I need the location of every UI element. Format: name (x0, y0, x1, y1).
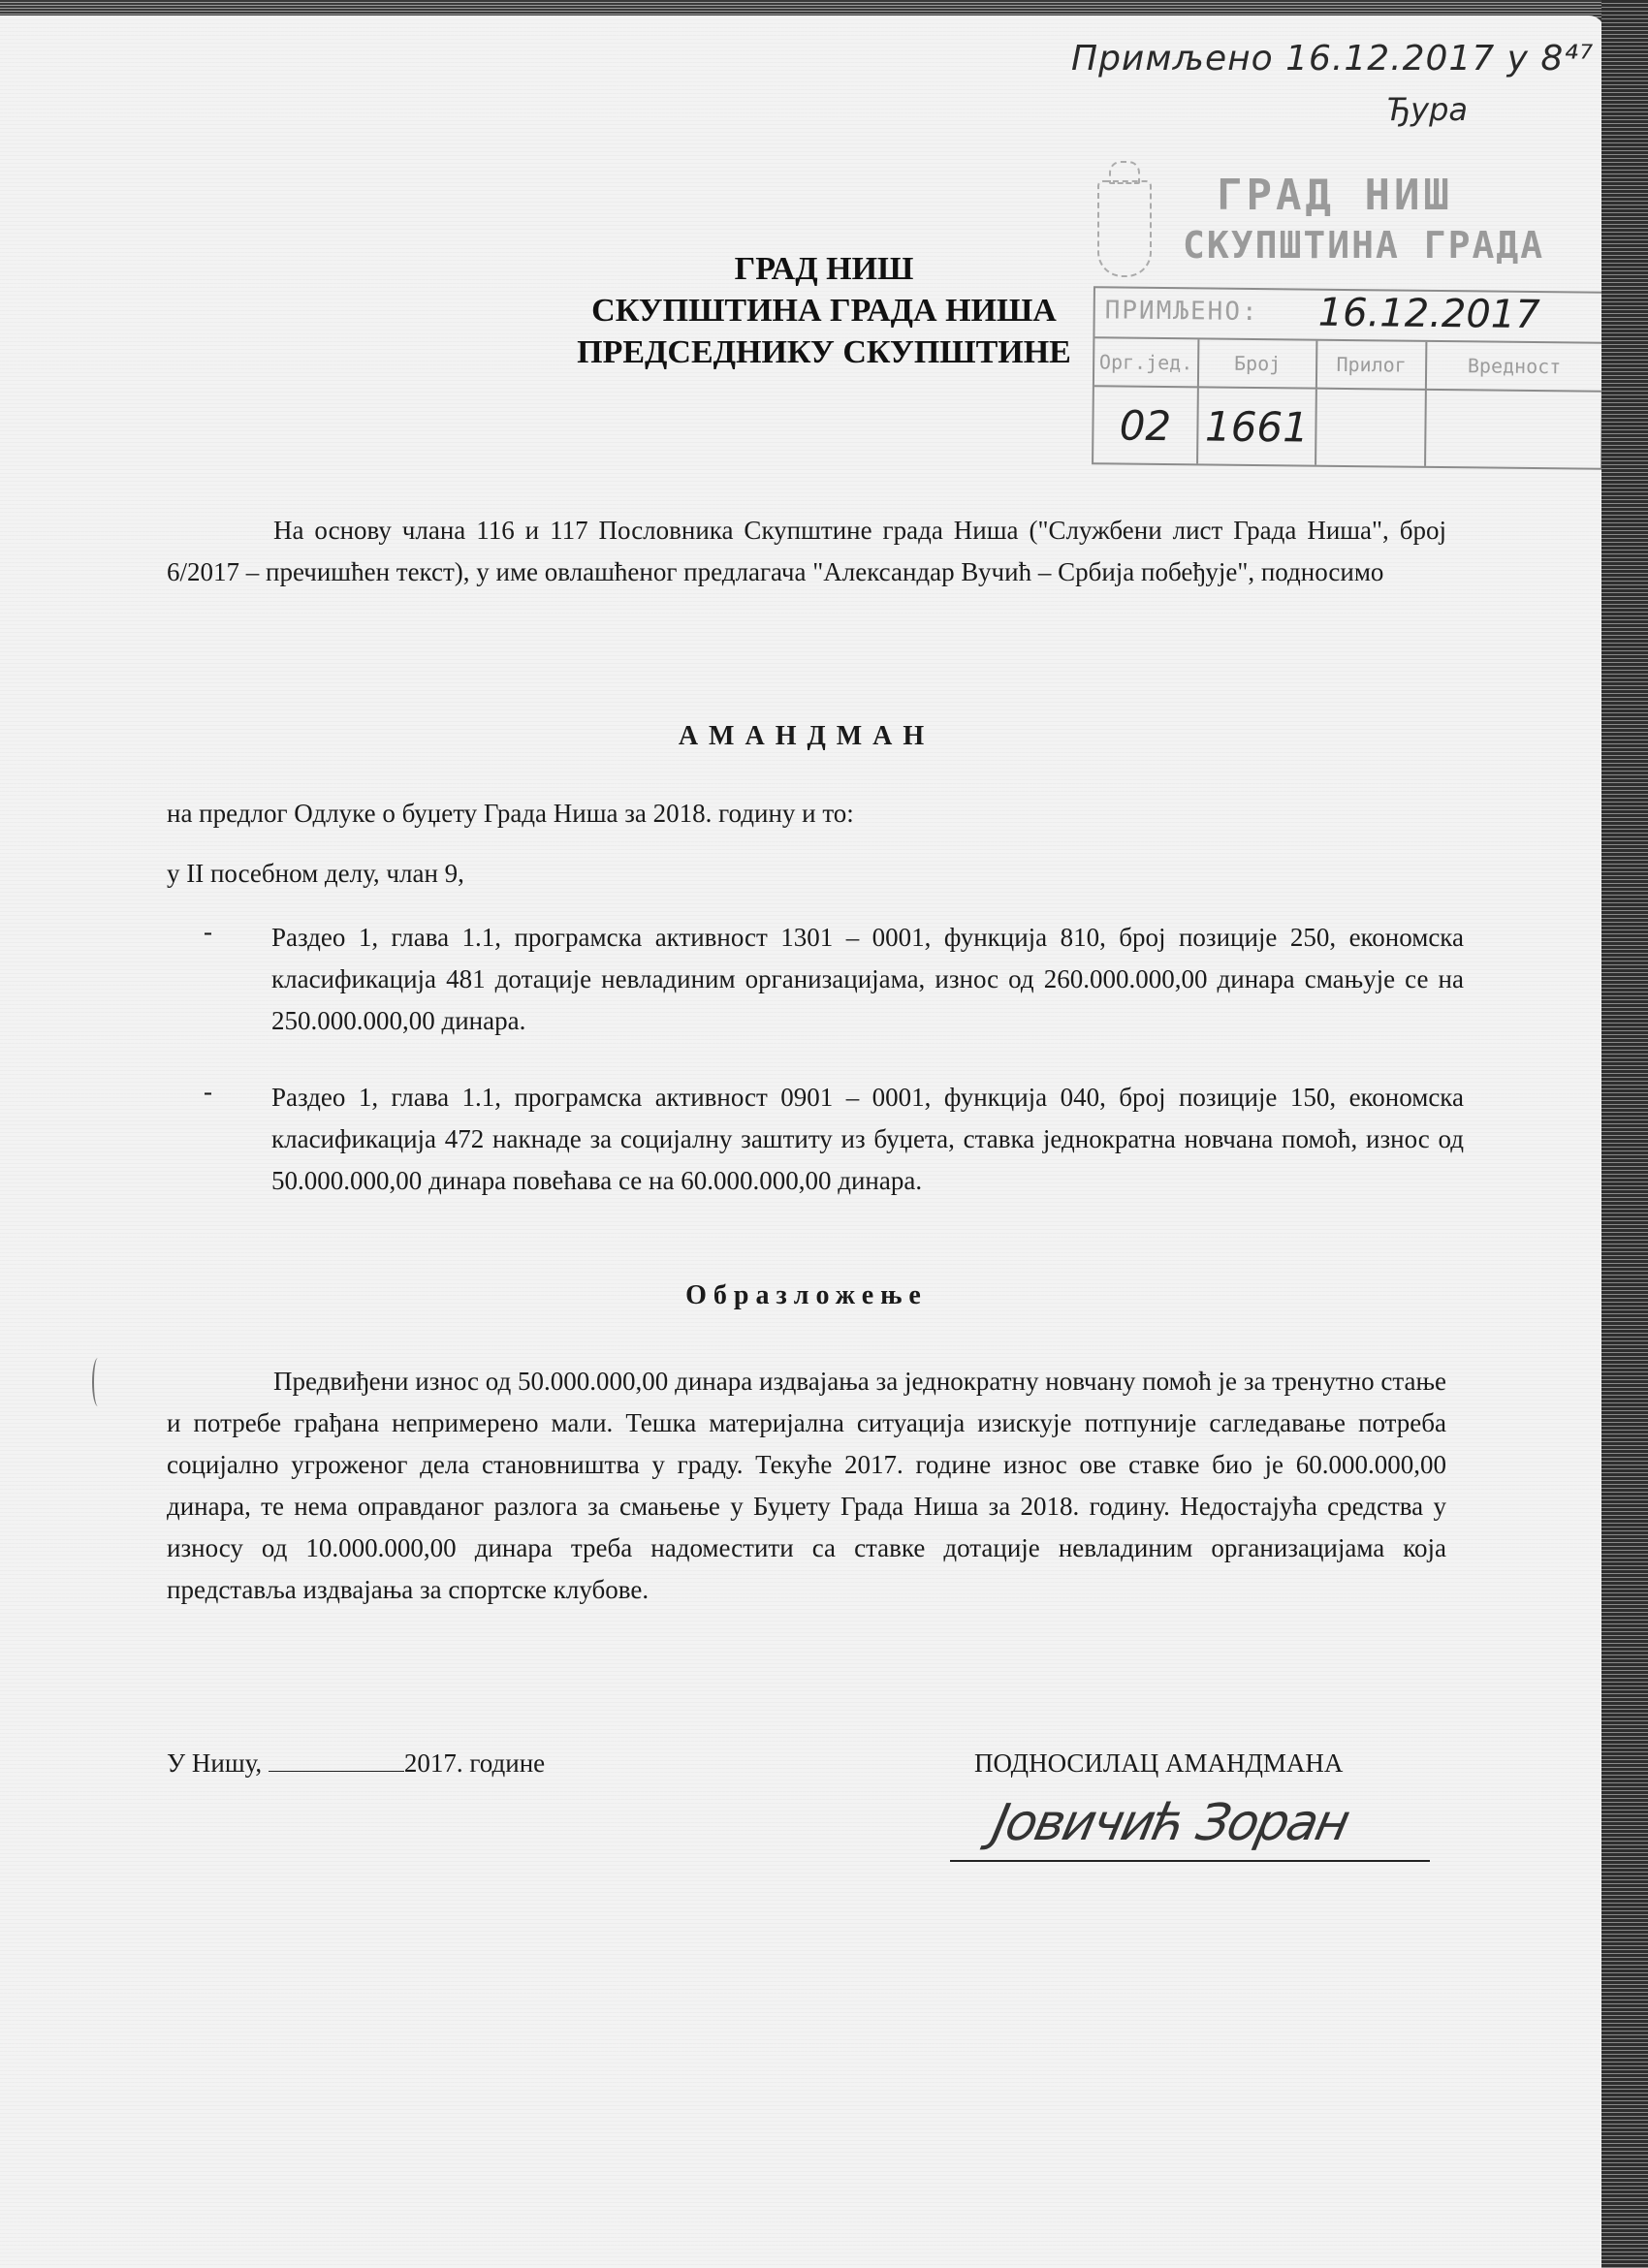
explanation-title: Образложење (167, 1280, 1446, 1311)
registry-stamp: ПРИМЉЕНО: 16.12.2017 Орг.јед. Број Прило… (1092, 286, 1604, 470)
stamp-city: ГРАД НИШ (1217, 171, 1453, 220)
document-page: Примљено 16.12.2017 у 8⁴⁷ Ђура ГРАД НИШ … (0, 16, 1604, 2268)
date-suffix: 2017. године (404, 1748, 545, 1778)
section-line: у II посебном делу, члан 9, (167, 859, 464, 889)
list-dash: - (204, 917, 212, 947)
handwritten-received-note: Примљено 16.12.2017 у 8⁴⁷ (1071, 39, 1594, 79)
stamp-received-date: 16.12.2017 (1317, 291, 1540, 337)
handwritten-initials: Ђура (1386, 91, 1468, 128)
addressee-line-president: ПРЕДСЕДНИКУ СКУПШТИНЕ (543, 331, 1105, 373)
stamp-header-number: Број (1199, 339, 1318, 389)
signature-line (950, 1860, 1430, 1862)
explanation-paragraph: Предвиђени износ од 50.000.000,00 динара… (167, 1361, 1446, 1611)
stamp-org-unit: 02 (1093, 387, 1199, 463)
list-dash: - (204, 1077, 212, 1107)
proposal-line: на предлог Одлуке о буџету Града Ниша за… (167, 799, 854, 829)
stamp-header-org-unit: Орг.јед. (1094, 338, 1200, 388)
signature: Јовичић Зоран (988, 1794, 1353, 1852)
stamp-header-value: Вредност (1427, 342, 1602, 393)
amendment-item-text: Раздео 1, глава 1.1, програмска активнос… (271, 1077, 1464, 1202)
addressee-line-city: ГРАД НИШ (543, 248, 1105, 290)
coat-of-arms-icon (1097, 180, 1152, 277)
addressee-line-assembly: СКУПШТИНА ГРАДА НИША (543, 290, 1105, 331)
scan-border-right (1601, 0, 1648, 2268)
date-blank (269, 1749, 404, 1772)
amendment-item-text: Раздео 1, глава 1.1, програмска активнос… (271, 917, 1464, 1042)
stamp-attachment (1316, 390, 1427, 466)
place-date-line: У Нишу, 2017. године (167, 1748, 545, 1779)
stamp-received-label: ПРИМЉЕНО: (1105, 296, 1259, 327)
stamp-header-attachment: Прилог (1317, 341, 1428, 391)
submitter-label: ПОДНОСИЛАЦ АМАНДМАНА (974, 1748, 1343, 1779)
addressee-block: ГРАД НИШ СКУПШТИНА ГРАДА НИША ПРЕДСЕДНИК… (543, 248, 1105, 373)
amendment-title: АМАНДМАН (167, 721, 1446, 752)
margin-pen-mark (92, 1358, 104, 1406)
stamp-value (1426, 391, 1601, 468)
stamp-assembly: СКУПШТИНА ГРАДА (1183, 224, 1544, 267)
stamp-number: 1661 (1198, 388, 1317, 464)
intro-paragraph: На основу члана 116 и 117 Пословника Ску… (167, 510, 1446, 593)
place-prefix: У Нишу, (167, 1748, 269, 1778)
